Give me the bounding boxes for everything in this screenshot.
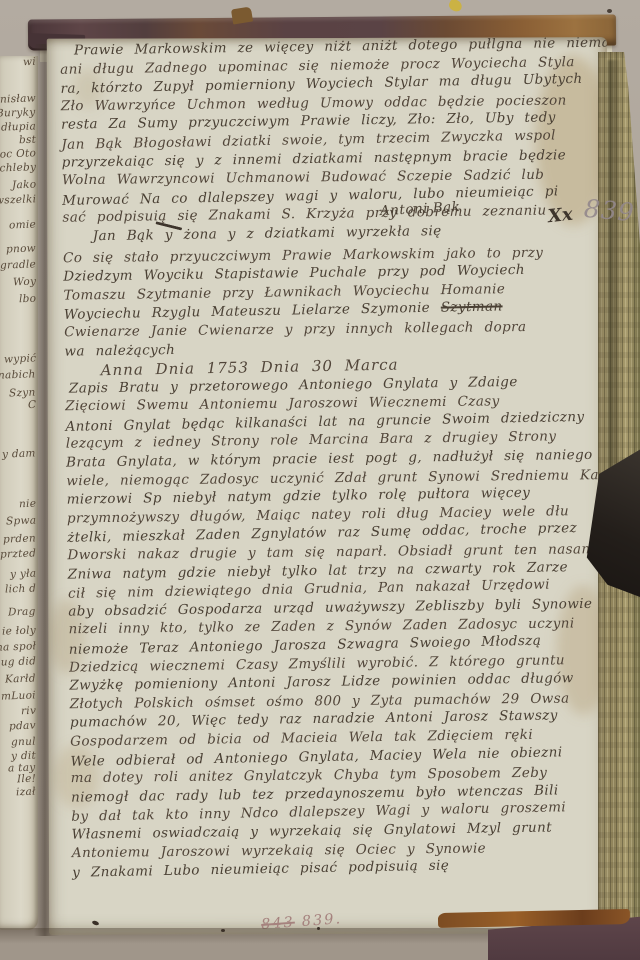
handwritten-fragment: Woy [13, 276, 37, 289]
handwritten-fragment: Dug did [0, 655, 36, 669]
open-book: winisławBurykydłupiabstłoc OtoachlebyJak… [0, 0, 640, 960]
handwritten-fragment: na społ [0, 640, 36, 653]
handwritten-fragment: y dit [11, 750, 36, 763]
handwritten-fragment: mLuoi [1, 689, 36, 702]
handwritten-fragment: łoc Oto [0, 147, 36, 160]
handwritten-fragment: przted [0, 547, 36, 560]
photo-of-manuscript-book: winisławBurykydłupiabstłoc OtoachlebyJak… [0, 0, 640, 960]
table-speck [317, 927, 320, 930]
handwritten-fragment: nabich [0, 368, 36, 381]
handwritten-fragment: prden [3, 532, 36, 545]
handwritten-fragment: Szyn [9, 387, 36, 400]
handwritten-fragment: gnul [11, 736, 36, 749]
manuscript-page: Prawie Markowskim ze więcey niżt aniżt d… [47, 37, 609, 934]
struck-word: Szytman [441, 299, 503, 316]
handwritten-fragment: ie łoly [2, 624, 36, 637]
handwritten-fragment: Spwa [5, 514, 36, 527]
ink-cross-mark: Xx [547, 204, 574, 227]
handwritten-fragment: achleby [0, 161, 36, 175]
handwritten-fragment: nisław [0, 92, 36, 105]
handwritten-fragment: Karłd [5, 672, 36, 685]
handwritten-fragment: omie [9, 219, 36, 232]
handwritten-fragment: lich d [5, 582, 37, 595]
handwritten-fragment: pnow [6, 242, 36, 255]
torn-leather-tab [231, 7, 253, 25]
left-page-text: winisławBurykydłupiabstłoc OtoachlebyJak… [0, 56, 38, 930]
table-speck [221, 929, 225, 932]
handwritten-fragment: Drag [8, 606, 36, 619]
manuscript-lines: Prawie Markowskim ze więcey niżt aniżt d… [60, 37, 609, 881]
handwritten-fragment: Buryky [0, 106, 36, 119]
handwritten-fragment: y dam [2, 447, 36, 460]
handwritten-fragment: dłupia [1, 120, 36, 133]
handwritten-fragment: wypić [3, 352, 36, 365]
handwritten-fragment: y yła [9, 568, 36, 581]
right-margin-folio-number: 839 [583, 194, 636, 227]
facing-page-edge: winisławBurykydłupiabstłoc OtoachlebyJak… [0, 56, 38, 930]
handwritten-fragment: Jako [11, 179, 36, 192]
handwritten-fragment: wszelki [0, 193, 36, 206]
handwritten-fragment: gradle [0, 258, 36, 271]
handwritten-fragment: pdav [9, 720, 36, 733]
